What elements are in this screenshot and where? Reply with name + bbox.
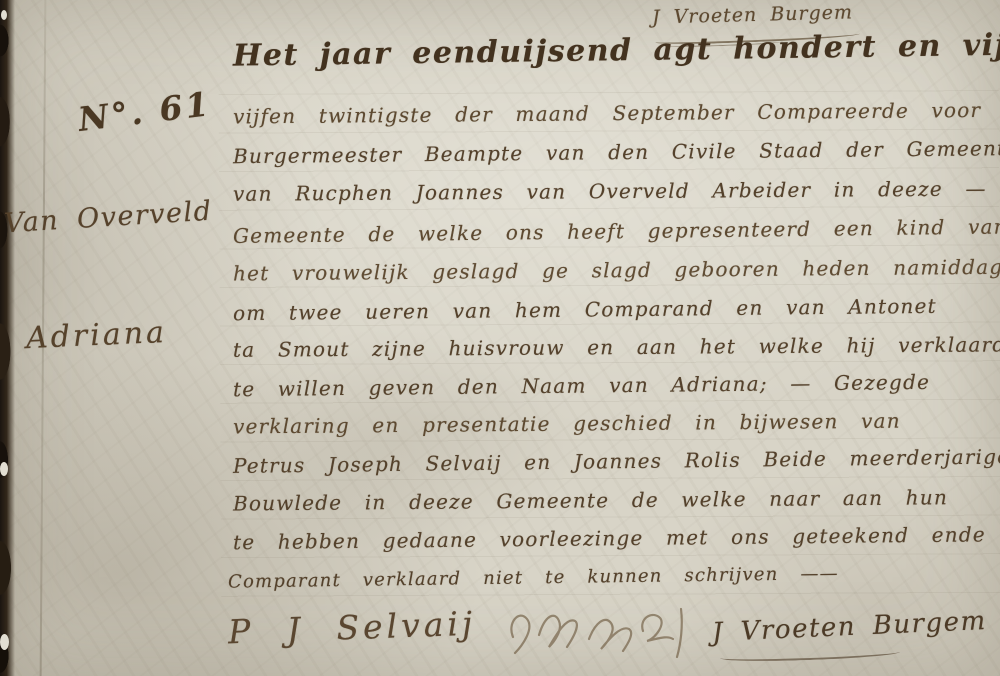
margin-child-surname: Van Overveld bbox=[3, 196, 213, 240]
registrar-annotation-top: J Vroeten Burgem bbox=[652, 1, 854, 28]
margin-child-given-name: Adriana bbox=[25, 315, 167, 356]
signature-registrar: J Vroeten Burgem bbox=[711, 606, 987, 648]
signature-declarant: P J Selvaij bbox=[227, 604, 476, 652]
record-number: N°. 61 bbox=[76, 84, 213, 139]
manuscript-page-scan: J Vroeten Burgem N°. 61 Van Overveld Adr… bbox=[0, 0, 1000, 676]
record-line: te willen geven den Naam van Adriana; — … bbox=[233, 369, 1000, 401]
record-line: Burgermeester Beampte van den Civile Sta… bbox=[233, 136, 1000, 168]
record-line: Bouwlede in deeze Gemeente de welke naar… bbox=[233, 485, 1000, 516]
signature-flourish bbox=[720, 647, 900, 663]
record-line: Gemeente de welke ons heeft gepresenteer… bbox=[233, 214, 1000, 248]
record-line: ta Smout zijne huisvrouw en aan het welk… bbox=[233, 332, 1000, 362]
record-line: om twee ueren van hem Comparand en van A… bbox=[233, 293, 1000, 325]
illegible-scribble-mark-icon bbox=[505, 595, 705, 669]
record-line: vijfen twintigste der maand September Co… bbox=[233, 98, 1000, 129]
paper-chip bbox=[0, 634, 9, 650]
record-line: van Rucphen Joannes van Overveld Arbeide… bbox=[233, 176, 1000, 206]
record-line: verklaring en presentatie geschied in bi… bbox=[233, 408, 1000, 439]
record-line: Het jaar eenduijsend agt hondert en vijf… bbox=[233, 27, 1000, 73]
paper-chip bbox=[1, 10, 7, 20]
record-line: Comparant verklaard niet te kunnen schri… bbox=[228, 560, 1000, 592]
record-line: te hebben gedaane voorleezinge met ons g… bbox=[233, 522, 1000, 554]
binding-edge bbox=[0, 0, 15, 676]
record-line: het vrouwelijk geslagd ge slagd gebooren… bbox=[233, 255, 1000, 286]
paper-chip bbox=[0, 462, 8, 476]
record-line: Petrus Joseph Selvaij en Joannes Rolis B… bbox=[233, 444, 1000, 478]
